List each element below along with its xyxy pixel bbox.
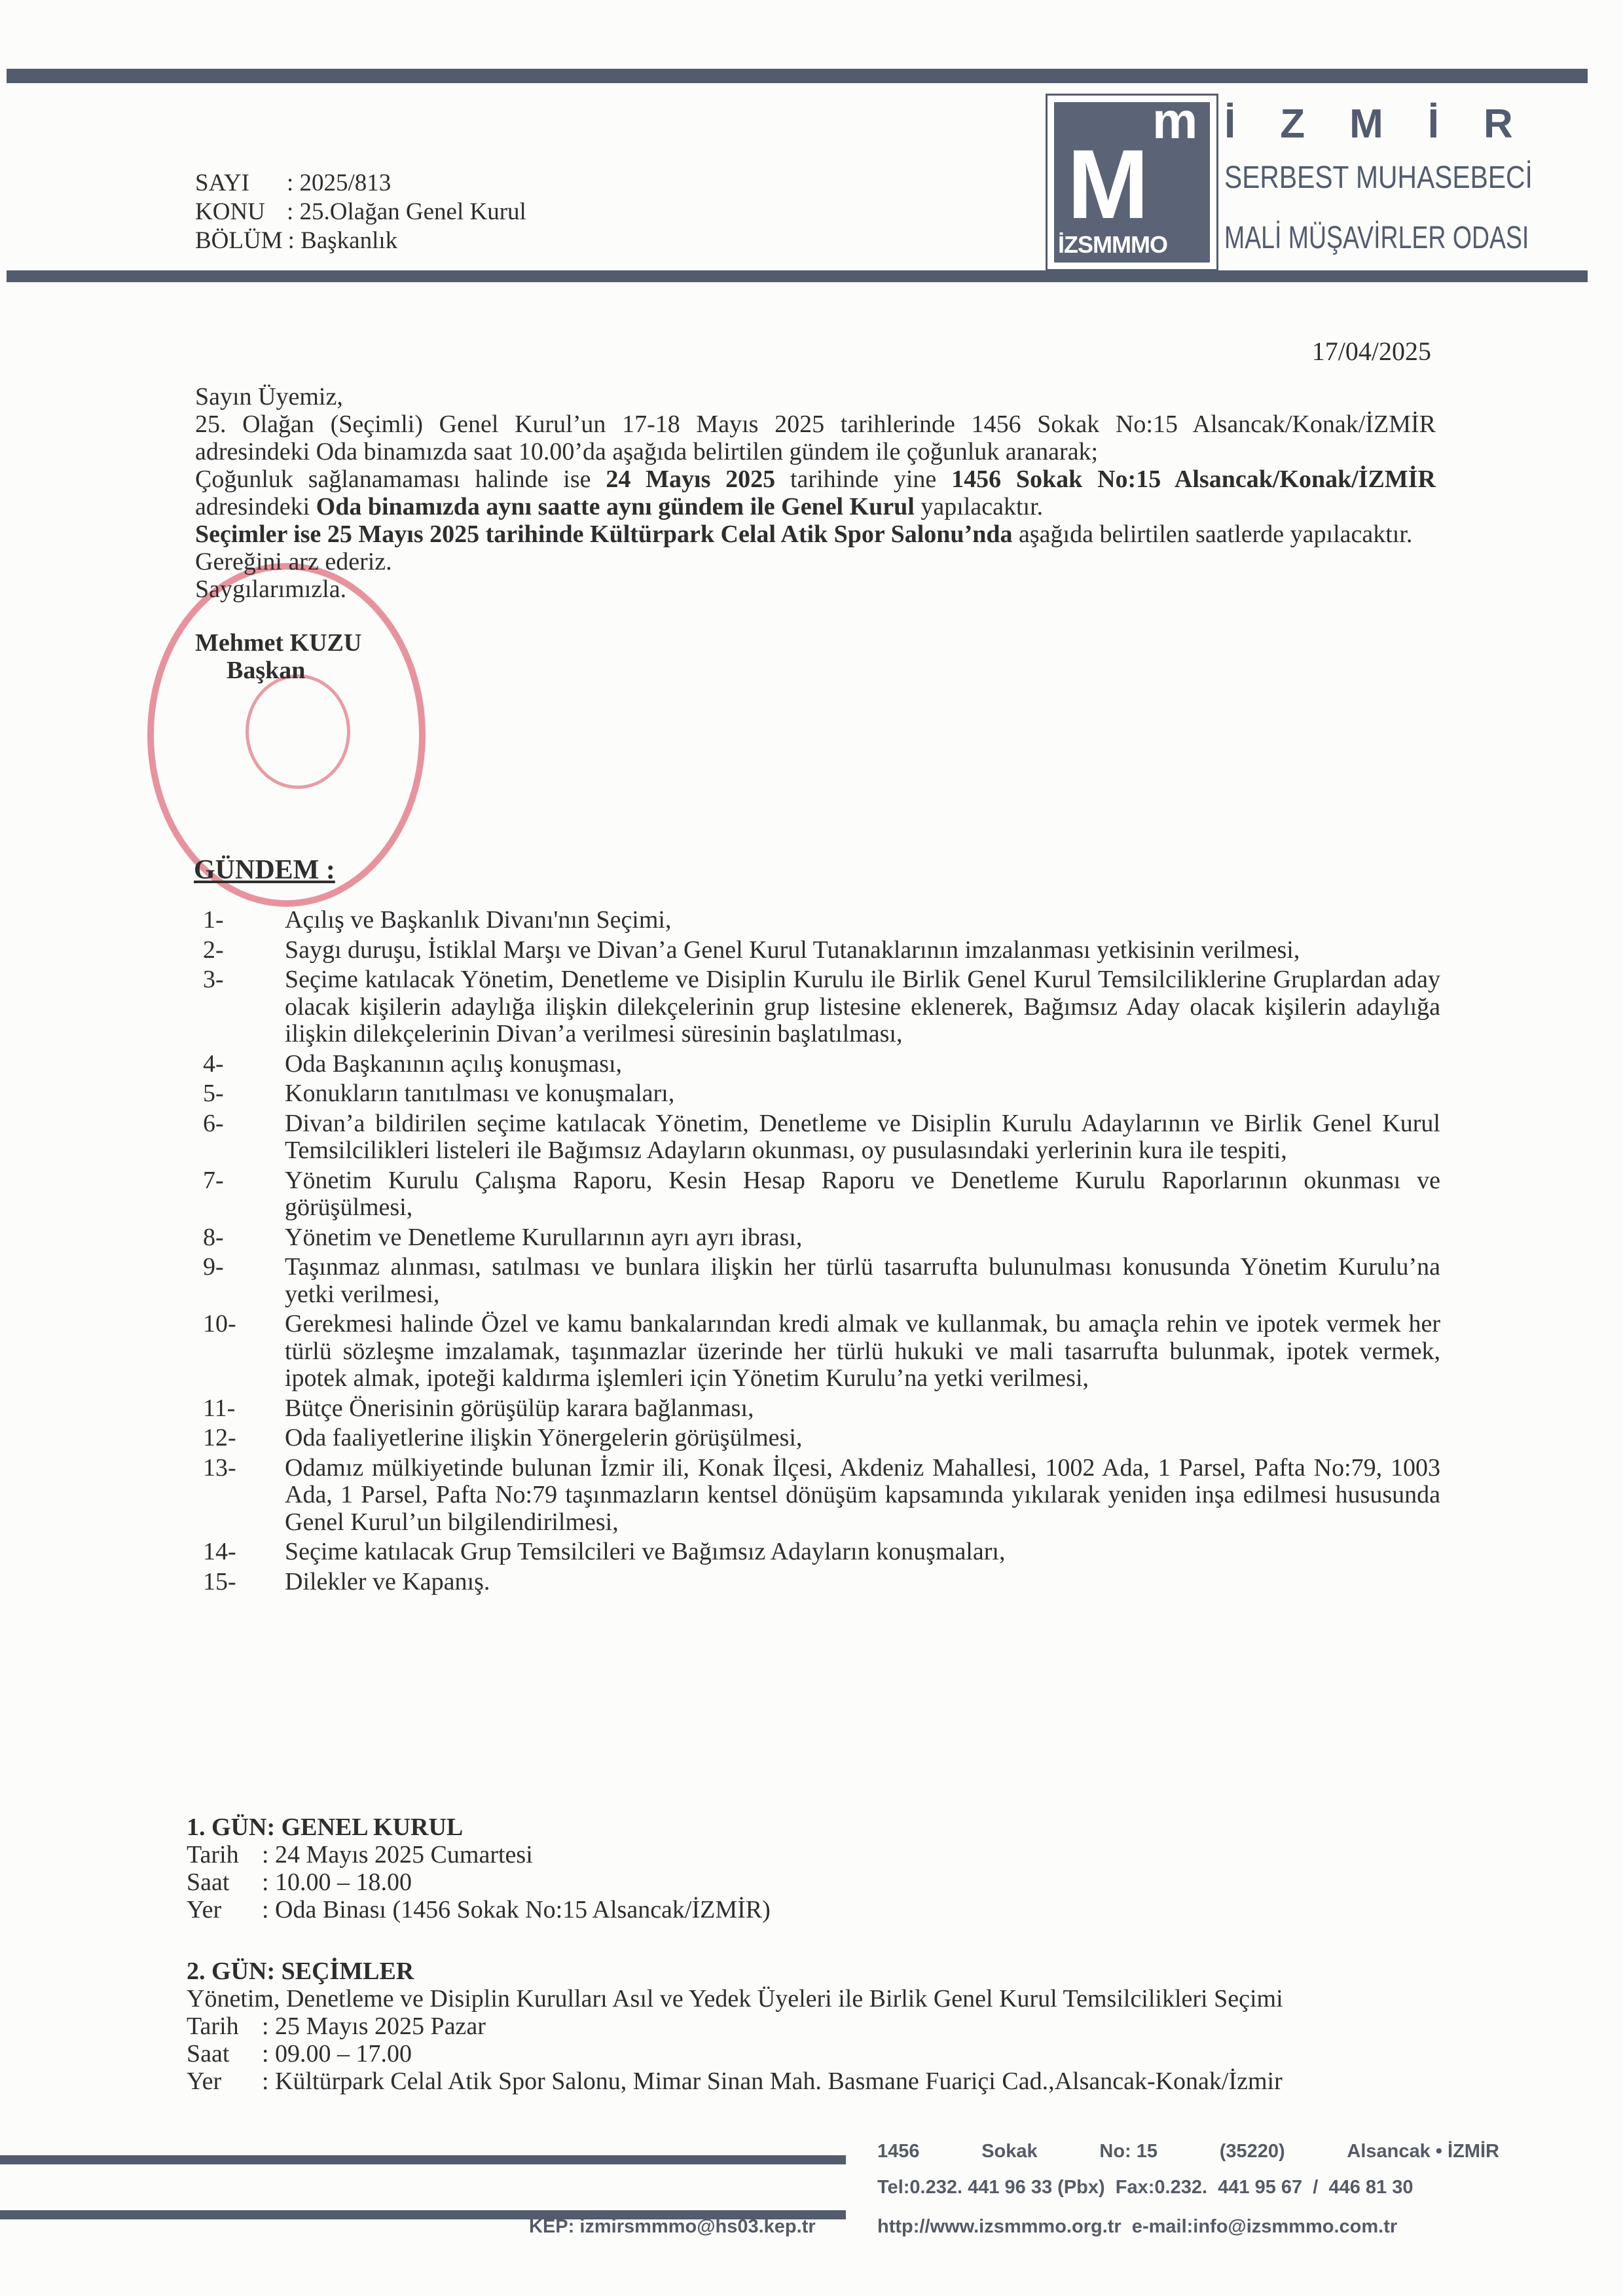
meta-label: BÖLÜM [195, 227, 283, 255]
day2-subtitle: Yönetim, Denetleme ve Disiplin Kurulları… [187, 1985, 1283, 2013]
agenda-text: Saygı duruşu, İstiklal Marşı ve Divan’a … [285, 937, 1440, 964]
agenda-text: Odamız mülkiyetinde bulunan İzmir ili, K… [285, 1455, 1440, 1537]
schedule-day2: 2. GÜN: SEÇİMLER Yönetim, Denetleme ve D… [187, 1958, 1283, 2095]
agenda-number: 15- [203, 1569, 285, 1596]
paragraph-2: Çoğunluk sağlanamaması halinde ise 24 Ma… [195, 465, 1436, 520]
agenda-number: 7- [203, 1167, 285, 1222]
agenda-number: 12- [203, 1425, 285, 1452]
agenda-text: Oda faaliyetlerine ilişkin Yönergelerin … [285, 1425, 1440, 1452]
agenda-text: Seçime katılacak Yönetim, Denetleme ve D… [285, 966, 1440, 1048]
agenda-number: 13- [203, 1455, 285, 1537]
agenda-text: Taşınmaz alınması, satılması ve bunlara … [285, 1254, 1440, 1308]
document-meta: SAYI: 2025/813 KONU: 25.Olağan Genel Kur… [195, 169, 526, 255]
org-city: İZMİR [1224, 98, 1615, 151]
agenda-text: Bütçe Önerisinin görüşülüp karara bağlan… [285, 1395, 1440, 1423]
meta-value: : Başkanlık [288, 227, 398, 255]
stamp-emblem [246, 674, 350, 789]
agenda-item: 11-Bütçe Önerisinin görüşülüp karara bağ… [203, 1395, 1440, 1423]
agenda-number: 3- [203, 966, 285, 1048]
day2-title: 2. GÜN: SEÇİMLER [187, 1958, 1283, 1985]
agenda-number: 5- [203, 1080, 285, 1108]
salutation: Sayın Üyemiz, [195, 383, 1436, 410]
agenda-item: 7-Yönetim Kurulu Çalışma Raporu, Kesin H… [203, 1167, 1440, 1222]
agenda-item: 6-Divan’a bildirilen seçime katılacak Yö… [203, 1110, 1440, 1165]
agenda-title: GÜNDEM : [194, 854, 335, 886]
agenda-number: 11- [203, 1395, 285, 1423]
logo-big-m: M [1067, 135, 1149, 233]
footer-web[interactable]: http://www.izsmmmo.org.tr e-mail:info@iz… [877, 2216, 1397, 2238]
agenda-item: 1-Açılış ve Başkanlık Divanı'nın Seçimi, [203, 907, 1440, 934]
closing-1: Gereğini arz ederiz. [195, 548, 1436, 575]
footer-address: 1456SokakNo: 15(35220)Alsancak • İZMİR [877, 2141, 1499, 2162]
agenda-text: Dilekler ve Kapanış. [285, 1569, 1440, 1596]
agenda-list: 1-Açılış ve Başkanlık Divanı'nın Seçimi,… [203, 907, 1440, 1598]
footer-rule-1 [0, 2155, 846, 2164]
signer-title: Başkan [195, 657, 1436, 684]
agenda-item: 3-Seçime katılacak Yönetim, Denetleme ve… [203, 966, 1440, 1048]
agenda-item: 2-Saygı duruşu, İstiklal Marşı ve Divan’… [203, 937, 1440, 964]
agenda-number: 14- [203, 1539, 285, 1566]
letter-date: 17/04/2025 [1312, 336, 1431, 367]
agenda-text: Seçime katılacak Grup Temsilcileri ve Ba… [285, 1539, 1440, 1566]
agenda-text: Oda Başkanının açılış konuşması, [285, 1051, 1440, 1078]
agenda-item: 12-Oda faaliyetlerine ilişkin Yönergeler… [203, 1425, 1440, 1452]
agenda-item: 5-Konukların tanıtılması ve konuşmaları, [203, 1080, 1440, 1108]
agenda-item: 10-Gerekmesi halinde Özel ve kamu bankal… [203, 1311, 1440, 1393]
org-line2: MALİ MÜŞAVİRLER ODASI [1224, 219, 1529, 258]
agenda-number: 1- [203, 907, 285, 934]
logo-small-m: m [1152, 94, 1197, 147]
signer-name: Mehmet KUZU [195, 629, 1436, 657]
day1-title: 1. GÜN: GENEL KURUL [187, 1813, 771, 1841]
org-line1: SERBEST MUHASEBECİ [1224, 158, 1556, 198]
meta-value: : 2025/813 [287, 169, 391, 198]
org-name: İZMİR SERBEST MUHASEBECİ MALİ MÜŞAVİRLER… [1224, 98, 1615, 258]
paragraph-1: 25. Olağan (Seçimli) Genel Kurul’un 17-1… [195, 410, 1436, 465]
agenda-number: 4- [203, 1051, 285, 1078]
logo-abbr: İZSMMMO [1058, 231, 1167, 259]
agenda-number: 9- [203, 1254, 285, 1308]
meta-value: : 25.Olağan Genel Kurul [287, 198, 526, 227]
agenda-text: Yönetim Kurulu Çalışma Raporu, Kesin Hes… [285, 1167, 1440, 1222]
header-rule-bottom [7, 270, 1588, 282]
agenda-item: 8-Yönetim ve Denetleme Kurullarının ayrı… [203, 1224, 1440, 1252]
agenda-item: 13-Odamız mülkiyetinde bulunan İzmir ili… [203, 1455, 1440, 1537]
meta-label: SAYI [195, 169, 287, 198]
footer-kep[interactable]: KEP: izmirsmmmo@hs03.kep.tr [529, 2216, 816, 2238]
letter-body: Sayın Üyemiz, 25. Olağan (Seçimli) Genel… [195, 383, 1436, 684]
agenda-text: Açılış ve Başkanlık Divanı'nın Seçimi, [285, 907, 1440, 934]
agenda-number: 8- [203, 1224, 285, 1252]
footer-phone: Tel:0.232. 441 96 33 (Pbx) Fax:0.232. 44… [877, 2177, 1413, 2198]
meta-label: KONU [195, 198, 287, 227]
paragraph-3: Seçimler ise 25 Mayıs 2025 tarihinde Kül… [195, 520, 1436, 548]
agenda-number: 2- [203, 937, 285, 964]
agenda-text: Konukların tanıtılması ve konuşmaları, [285, 1080, 1440, 1108]
schedule-day1: 1. GÜN: GENEL KURUL Tarih: 24 Mayıs 2025… [187, 1813, 771, 1923]
agenda-number: 6- [203, 1110, 285, 1165]
agenda-item: 15-Dilekler ve Kapanış. [203, 1569, 1440, 1596]
agenda-text: Divan’a bildirilen seçime katılacak Yöne… [285, 1110, 1440, 1165]
agenda-number: 10- [203, 1311, 285, 1393]
agenda-item: 14-Seçime katılacak Grup Temsilcileri ve… [203, 1539, 1440, 1566]
agenda-text: Yönetim ve Denetleme Kurullarının ayrı a… [285, 1224, 1440, 1252]
org-logo: M m İZSMMMO [1046, 94, 1218, 271]
header-rule-top [7, 69, 1588, 83]
closing-2: Saygılarımızla. [195, 575, 1436, 603]
agenda-item: 4-Oda Başkanının açılış konuşması, [203, 1051, 1440, 1078]
agenda-item: 9-Taşınmaz alınması, satılması ve bunlar… [203, 1254, 1440, 1308]
agenda-text: Gerekmesi halinde Özel ve kamu bankaları… [285, 1311, 1440, 1393]
